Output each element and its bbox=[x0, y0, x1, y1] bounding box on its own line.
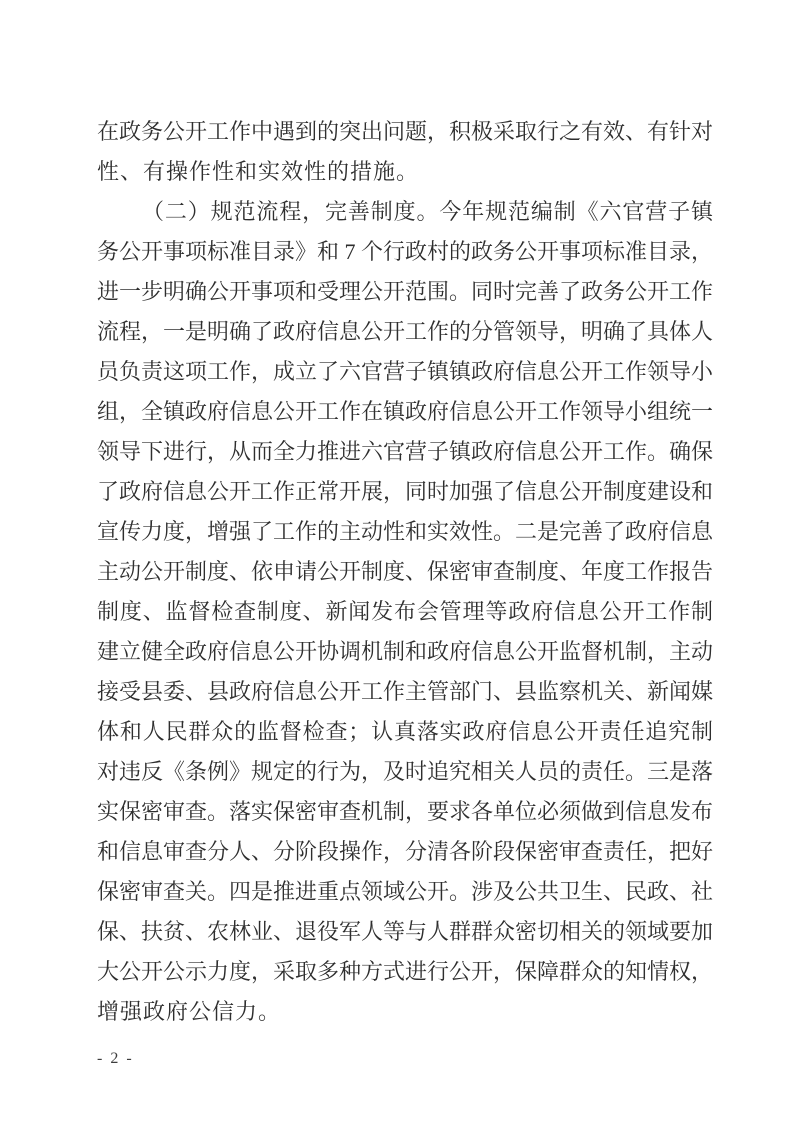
text-line: 了政府信息公开工作正常开展，同时加强了信息公开制度建设和 bbox=[97, 472, 713, 512]
document-text-block: 在政务公开工作中遇到的突出问题，积极采取行之有效、有针对性、有操作性和实效性的措… bbox=[97, 112, 713, 1032]
text-line: 建立健全政府信息公开协调机制和政府信息公开监督机制，主动 bbox=[97, 632, 713, 672]
text-line: 在政务公开工作中遇到的突出问题，积极采取行之有效、有针对 bbox=[97, 112, 713, 152]
text-line: 保、扶贫、农林业、退役军人等与人群群众密切相关的领域要加 bbox=[97, 912, 713, 952]
document-page: 在政务公开工作中遇到的突出问题，积极采取行之有效、有针对性、有操作性和实效性的措… bbox=[0, 0, 800, 1130]
text-line: 流程，一是明确了政府信息公开工作的分管领导，明确了具体人 bbox=[97, 312, 713, 352]
text-line: 进一步明确公开事项和受理公开范围。同时完善了政务公开工作 bbox=[97, 272, 713, 312]
text-line: 员负责这项工作，成立了六官营子镇镇政府信息公开工作领导小 bbox=[97, 352, 713, 392]
text-line: 组，全镇政府信息公开工作在镇政府信息公开工作领导小组统一 bbox=[97, 392, 713, 432]
text-line: 实保密审查。落实保密审查机制，要求各单位必须做到信息发布 bbox=[97, 792, 713, 832]
text-line: 增强政府公信力。 bbox=[97, 992, 713, 1032]
text-line: 领导下进行，从而全力推进六官营子镇政府信息公开工作。确保 bbox=[97, 432, 713, 472]
text-line: 和信息审查分人、分阶段操作，分清各阶段保密审查责任，把好 bbox=[97, 832, 713, 872]
text-line: 保密审查关。四是推进重点领域公开。涉及公共卫生、民政、社 bbox=[97, 872, 713, 912]
text-line: 体和人民群众的监督检查；认真落实政府信息公开责任追究制度。 bbox=[97, 712, 713, 752]
text-line: （二）规范流程，完善制度。今年规范编制《六官营子镇政 bbox=[97, 192, 713, 232]
page-footer: - 2 - bbox=[97, 1050, 134, 1068]
text-line: 务公开事项标准目录》和 7 个行政村的政务公开事项标准目录， bbox=[97, 232, 713, 272]
text-line: 宣传力度，增强了工作的主动性和实效性。二是完善了政府信息 bbox=[97, 512, 713, 552]
page-number: - 2 - bbox=[97, 1050, 134, 1067]
text-line: 制度、监督检查制度、新闻发布会管理等政府信息公开工作制度； bbox=[97, 592, 713, 632]
text-line: 接受县委、县政府信息公开工作主管部门、县监察机关、新闻媒 bbox=[97, 672, 713, 712]
text-line: 性、有操作性和实效性的措施。 bbox=[97, 152, 713, 192]
text-line: 大公开公示力度，采取多种方式进行公开，保障群众的知情权， bbox=[97, 952, 713, 992]
text-line: 主动公开制度、依申请公开制度、保密审查制度、年度工作报告 bbox=[97, 552, 713, 592]
text-line: 对违反《条例》规定的行为，及时追究相关人员的责任。三是落 bbox=[97, 752, 713, 792]
